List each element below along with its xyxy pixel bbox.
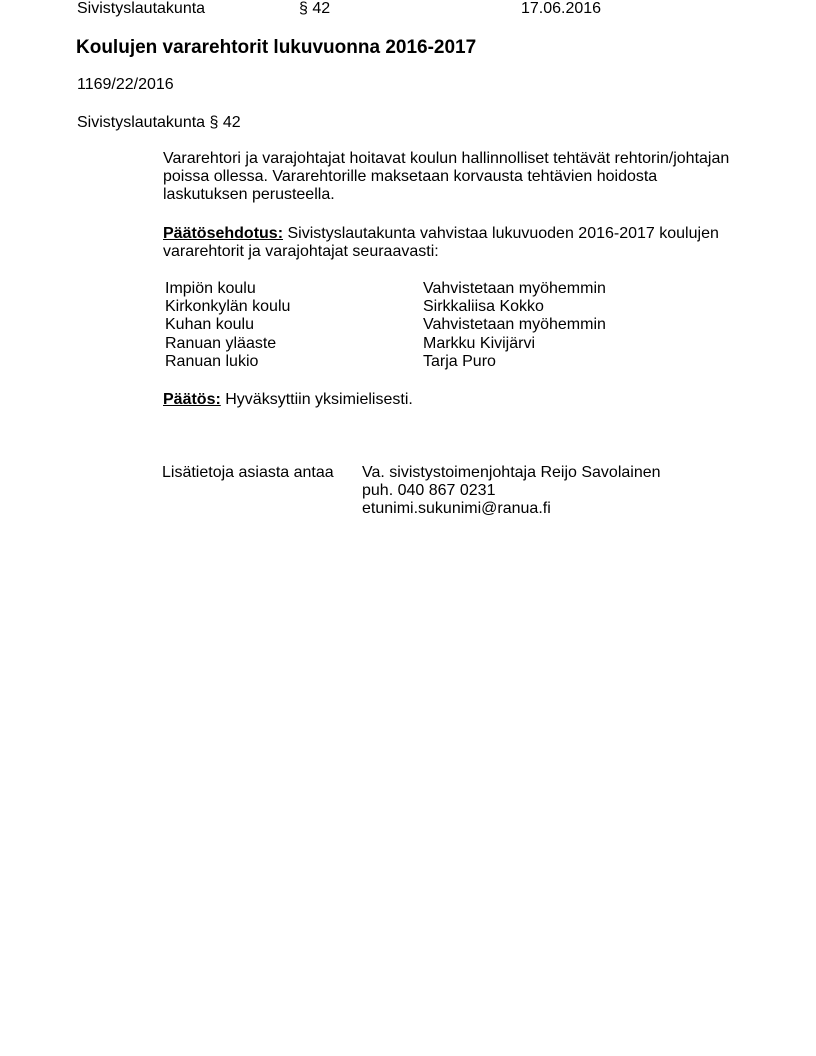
contact-info: Va. sivistystoimenjohtaja Reijo Savolain…: [362, 464, 661, 518]
school-name: Impiön koulu: [165, 280, 256, 298]
assigned-person: Vahvistetaan myöhemmin: [423, 316, 606, 334]
decision: Päätös: Hyväksyttiin yksimielisesti.: [163, 391, 413, 409]
school-name: Ranuan lukio: [165, 353, 258, 371]
proposal-text: Sivistyslautakunta vahvistaa lukuvuoden …: [283, 225, 719, 242]
contact-email: etunimi.sukunimi@ranua.fi: [362, 500, 661, 518]
assigned-person: Tarja Puro: [423, 353, 496, 371]
header-organ: Sivistyslautakunta: [77, 0, 205, 18]
decision-label: Päätös:: [163, 391, 221, 408]
assigned-person: Vahvistetaan myöhemmin: [423, 280, 606, 298]
contact-label: Lisätietoja asiasta antaa: [162, 464, 334, 482]
contact-name: Va. sivistystoimenjohtaja Reijo Savolain…: [362, 464, 661, 482]
header-date: 17.06.2016: [521, 0, 601, 18]
page-title: Koulujen vararehtorit lukuvuonna 2016-20…: [76, 37, 476, 59]
proposal-label: Päätösehdotus:: [163, 225, 283, 242]
intro-line: Vararehtori ja varajohtajat hoitavat kou…: [163, 150, 743, 168]
contact-phone: puh. 040 867 0231: [362, 482, 661, 500]
intro-paragraph: Vararehtori ja varajohtajat hoitavat kou…: [163, 150, 743, 204]
board-section: Sivistyslautakunta § 42: [77, 114, 241, 132]
diary-number: 1169/22/2016: [77, 76, 174, 94]
school-name: Kuhan koulu: [165, 316, 254, 334]
proposal-line: vararehtorit ja varajohtajat seuraavasti…: [163, 243, 743, 261]
assigned-person: Sirkkaliisa Kokko: [423, 298, 544, 316]
school-name: Kirkonkylän koulu: [165, 298, 290, 316]
decision-proposal: Päätösehdotus: Sivistyslautakunta vahvis…: [163, 225, 743, 261]
header-section: § 42: [299, 0, 330, 18]
decision-text: Hyväksyttiin yksimielisesti.: [221, 391, 413, 408]
proposal-line: Päätösehdotus: Sivistyslautakunta vahvis…: [163, 225, 743, 243]
intro-line: laskutuksen perusteella.: [163, 186, 743, 204]
school-name: Ranuan yläaste: [165, 335, 276, 353]
intro-line: poissa ollessa. Vararehtorille maksetaan…: [163, 168, 743, 186]
assigned-person: Markku Kivijärvi: [423, 335, 535, 353]
